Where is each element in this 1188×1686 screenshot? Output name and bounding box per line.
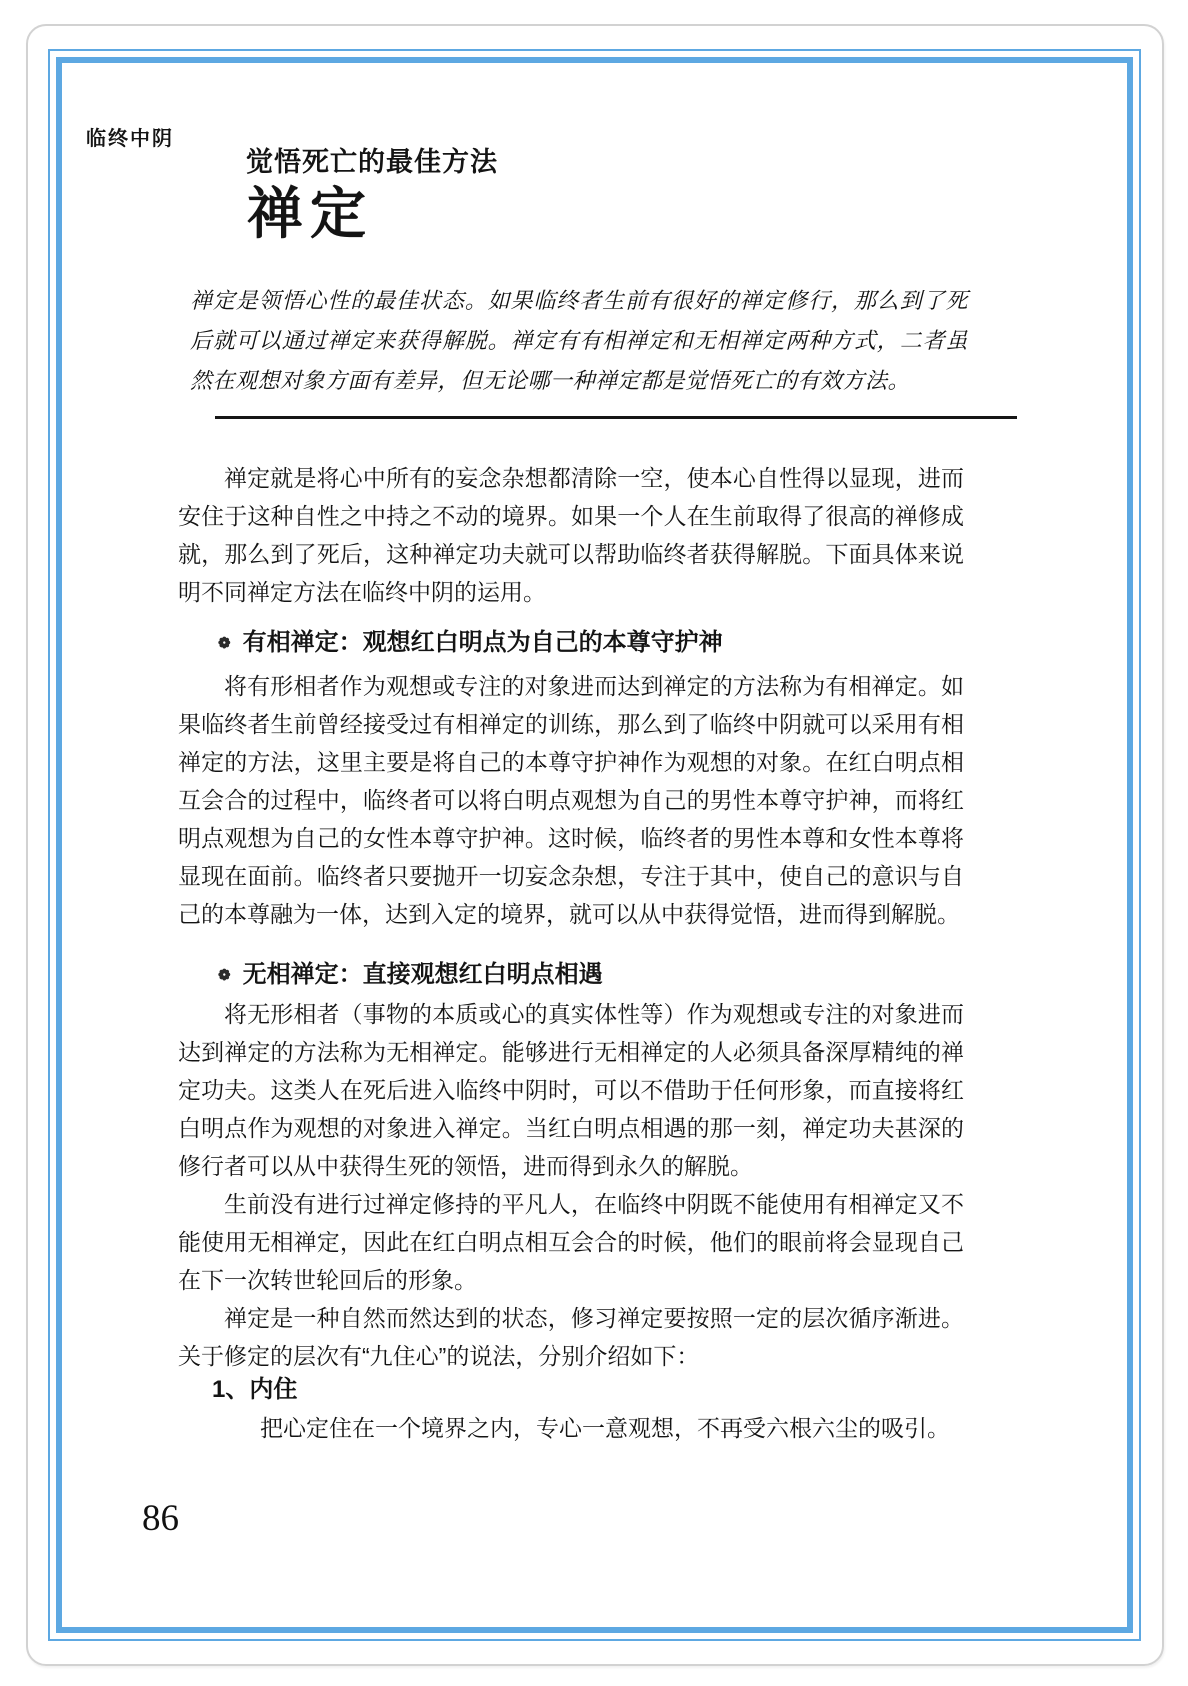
paragraph: 将有形相者作为观想或专注的对象进而达到禅定的方法称为有相禅定。如果临终者生前曾经… — [178, 667, 964, 933]
body-column: 禅定就是将心中所有的妄念杂想都清除一空，使本心自性得以显现，进而安住于这种自性之… — [178, 459, 964, 1447]
paragraph: 生前没有进行过禅定修持的平凡人，在临终中阴既不能使用有相禅定又不能使用无相禅定，… — [178, 1185, 964, 1299]
page-number: 86 — [142, 1497, 179, 1540]
section-heading-youxiang: ❁有相禅定：观想红白明点为自己的本尊守护神 — [178, 624, 964, 665]
page-title: 禅定 — [247, 186, 373, 242]
list-item-label: 1、内住 — [212, 1371, 964, 1409]
list-item-description: 把心定住在一个境界之内，专心一意观想，不再受六根六尘的吸引。 — [214, 1409, 964, 1447]
section-heading-text: 有相禅定：观想红白明点为自己的本尊守护神 — [243, 629, 723, 656]
paragraph: 禅定是一种自然而然达到的状态，修习禅定要按照一定的层次循序渐进。关于修定的层次有… — [178, 1299, 964, 1375]
paragraph: 将无形相者（事物的本质或心的真实体性等）作为观想或专注的对象进而达到禅定的方法称… — [178, 995, 964, 1185]
running-head: 临终中阴 — [86, 122, 174, 151]
flower-icon: ❁ — [218, 957, 231, 995]
section-heading-text: 无相禅定：直接观想红白明点相遇 — [243, 961, 603, 988]
chapter-kicker: 觉悟死亡的最佳方法 — [246, 140, 498, 179]
scanned-book-page: { "meta": { "accent_color": "#5da8e2", "… — [0, 0, 1188, 1686]
flower-icon: ❁ — [218, 625, 231, 663]
lede-paragraph: 禅定是领悟心性的最佳状态。如果临终者生前有很好的禅定修行，那么到了死后就可以通过… — [190, 281, 968, 401]
paragraph-intro: 禅定就是将心中所有的妄念杂想都清除一空，使本心自性得以显现，进而安住于这种自性之… — [178, 459, 964, 611]
section-heading-wuxiang: ❁无相禅定：直接观想红白明点相遇 — [178, 956, 964, 997]
divider-rule — [215, 416, 1017, 419]
